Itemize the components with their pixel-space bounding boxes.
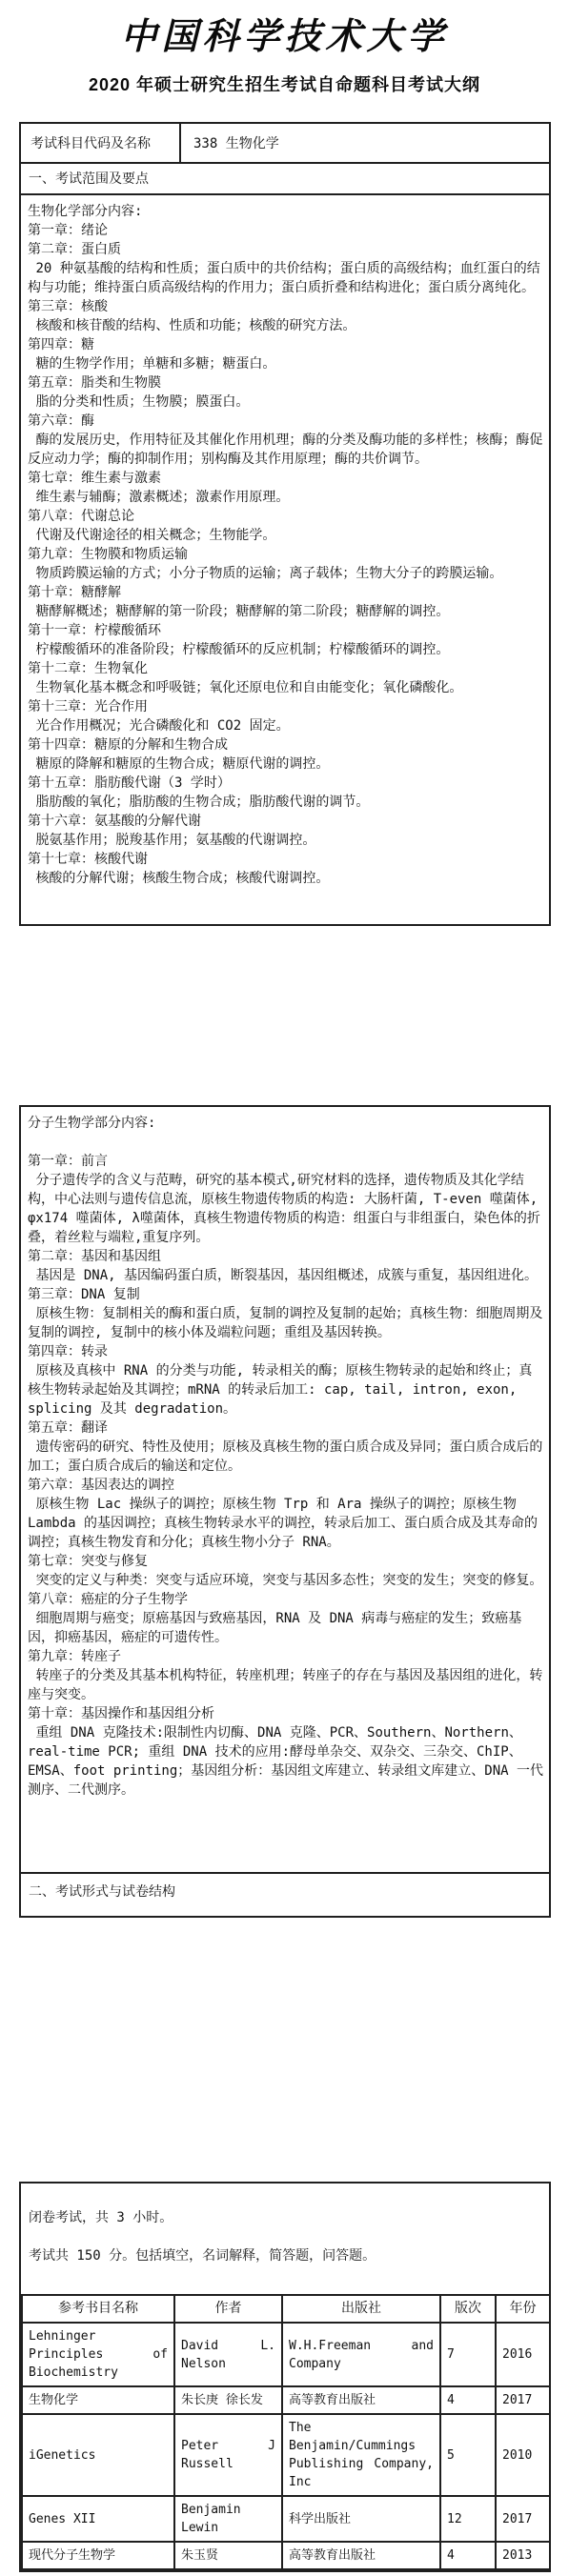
section-intro: 分子生物学部分内容: <box>28 1114 543 1133</box>
chapter-desc: 糖的生物学作用；单糖和多糖；糖蛋白。 <box>28 354 543 373</box>
university-logo: 中国科学技术大学 <box>0 11 569 61</box>
reference-header-row: 参考书目名称 作者 出版社 版次 年份 <box>22 2295 550 2323</box>
chapter-desc: 酶的发展历史，作用特征及其催化作用机理；酶的分类及酶功能的多样性；核酶；酶促反应… <box>28 431 543 469</box>
chapter-heading: 第十六章：氨基酸的分解代谢 <box>28 812 543 831</box>
chapter-desc: 原核生物：复制相关的酶和蛋白质，复制的调控及复制的起始；真核生物：细胞周期及复制… <box>28 1304 543 1342</box>
ref-header-year: 年份 <box>496 2295 550 2323</box>
ref-header-publisher: 出版社 <box>282 2295 440 2323</box>
ref-edition-cell: 5 <box>440 2414 496 2496</box>
section-heading-scope: 一、考试范围及要点 <box>21 164 549 195</box>
chapter-desc: 核酸和核苷酸的结构、性质和功能；核酸的研究方法。 <box>28 316 543 335</box>
reference-table-body: Lehninger Principles of BiochemistryDavi… <box>22 2323 550 2569</box>
subject-code-value: 338 生物化学 <box>181 124 549 162</box>
ref-edition-cell: 4 <box>440 2386 496 2414</box>
chapter-desc: 重组 DNA 克隆技术:限制性内切酶、DNA 克隆、PCR、Southern、N… <box>28 1723 543 1800</box>
ref-year-cell: 2010 <box>496 2414 550 2496</box>
ref-author-cell: Benjamin Lewin <box>174 2496 282 2542</box>
blank-line <box>28 1133 543 1152</box>
reference-row: Genes XIIBenjamin Lewin科学出版社122017 <box>22 2496 550 2542</box>
ref-title-cell: 生物化学 <box>22 2386 174 2414</box>
chapter-heading: 第四章：糖 <box>28 335 543 354</box>
exam-format-table: 闭卷考试，共 3 小时。 考试共 150 分。包括填空，名词解释，简答题，问答题… <box>19 2182 551 2572</box>
ref-publisher-cell: 高等教育出版社 <box>282 2386 440 2414</box>
chapter-desc: 遗传密码的研究、特性及使用；原核及真核生物的蛋白质合成及异同；蛋白质合成后的加工… <box>28 1438 543 1476</box>
ref-author-cell: 朱玉贤 <box>174 2542 282 2569</box>
ref-header-edition: 版次 <box>440 2295 496 2323</box>
chapter-heading: 第一章：前言 <box>28 1152 543 1171</box>
exam-format-area: 闭卷考试，共 3 小时。 考试共 150 分。包括填空，名词解释，简答题，问答题… <box>21 2184 549 2265</box>
chapter-desc: 物质跨膜运输的方式；小分子物质的运输；离子载体；生物大分子的跨膜运输。 <box>28 564 543 583</box>
ref-year-cell: 2017 <box>496 2386 550 2414</box>
chapter-desc: 核酸的分解代谢；核酸生物合成；核酸代谢调控。 <box>28 869 543 888</box>
ref-title-cell: Genes XII <box>22 2496 174 2542</box>
section-heading-format: 二、考试形式与试卷结构 <box>21 1872 549 1916</box>
subject-row: 考试科目代码及名称 338 生物化学 <box>21 124 549 164</box>
chapter-desc: 脂的分类和性质；生物膜；膜蛋白。 <box>28 392 543 412</box>
chapter-desc: 柠檬酸循环的准备阶段；柠檬酸循环的反应机制；柠檬酸循环的调控。 <box>28 640 543 659</box>
chapter-desc: 20 种氨基酸的结构和性质；蛋白质中的共价结构；蛋白质的高级结构；血红蛋白的结构… <box>28 259 543 297</box>
chapter-heading: 第六章：酶 <box>28 412 543 431</box>
biochemistry-content: 生物化学部分内容:第一章：绪论第二章：蛋白质 20 种氨基酸的结构和性质；蛋白质… <box>21 195 549 924</box>
ref-title-cell: Lehninger Principles of Biochemistry <box>22 2323 174 2386</box>
section-intro: 生物化学部分内容: <box>28 202 543 221</box>
syllabus-page: 中国科学技术大学 2020 年硕士研究生招生考试自命题科目考试大纲 考试科目代码… <box>0 0 569 2576</box>
ref-year-cell: 2016 <box>496 2323 550 2386</box>
chapter-heading: 第十三章：光合作用 <box>28 697 543 716</box>
reference-row: 现代分子生物学朱玉贤高等教育出版社42013 <box>22 2542 550 2569</box>
chapter-desc: 突变的定义与种类：突变与适应环境，突变与基因多态性；突变的发生；突变的修复。 <box>28 1571 543 1590</box>
chapter-desc: 脂肪酸的氧化；脂肪酸的生物合成；脂肪酸代谢的调节。 <box>28 793 543 812</box>
chapter-desc: 细胞周期与癌变；原癌基因与致癌基因，RNA 及 DNA 病毒与癌症的发生；致癌基… <box>28 1609 543 1647</box>
chapter-heading: 第八章：代谢总论 <box>28 507 543 526</box>
ref-publisher-cell: 科学出版社 <box>282 2496 440 2542</box>
chapter-desc: 转座子的分类及其基本机构特征，转座机理；转座子的存在与基因及基因组的进化，转座与… <box>28 1666 543 1704</box>
chapter-heading: 第十七章：核酸代谢 <box>28 850 543 869</box>
exam-duration-text: 闭卷考试，共 3 小时。 <box>29 2208 541 2227</box>
ref-edition-cell: 4 <box>440 2542 496 2569</box>
ref-publisher-cell: 高等教育出版社 <box>282 2542 440 2569</box>
chapter-desc: 原核生物 Lac 操纵子的调控；原核生物 Trp 和 Ara 操纵子的调控；原核… <box>28 1495 543 1552</box>
chapter-heading: 第一章：绪论 <box>28 221 543 240</box>
chapter-heading: 第十一章：柠檬酸循环 <box>28 621 543 640</box>
chapter-desc: 维生素与辅酶；激素概述；激素作用原理。 <box>28 488 543 507</box>
chapter-heading: 第二章：基因和基因组 <box>28 1247 543 1266</box>
ref-author-cell: Peter J Russell <box>174 2414 282 2496</box>
ref-publisher-cell: The Benjamin/Cummings Publishing Company… <box>282 2414 440 2496</box>
chapter-heading: 第十四章：糖原的分解和生物合成 <box>28 735 543 755</box>
reference-row: 生物化学朱长庚 徐长发高等教育出版社42017 <box>22 2386 550 2414</box>
chapter-heading: 第十章：基因操作和基因组分析 <box>28 1704 543 1723</box>
ref-author-cell: 朱长庚 徐长发 <box>174 2386 282 2414</box>
molecular-biology-table: 分子生物学部分内容:第一章：前言 分子遗传学的含义与范畴，研究的基本模式,研究材… <box>19 1105 551 1918</box>
chapter-desc: 糖酵解概述；糖酵解的第一阶段；糖酵解的第二阶段；糖酵解的调控。 <box>28 602 543 621</box>
ref-title-cell: iGenetics <box>22 2414 174 2496</box>
ref-year-cell: 2013 <box>496 2542 550 2569</box>
ref-header-author: 作者 <box>174 2295 282 2323</box>
chapter-heading: 第十五章：脂肪酸代谢（3 学时） <box>28 774 543 793</box>
chapter-desc: 代谢及代谢途径的相关概念；生物能学。 <box>28 526 543 545</box>
chapter-heading: 第四章：转录 <box>28 1342 543 1361</box>
page-title: 2020 年硕士研究生招生考试自命题科目考试大纲 <box>0 72 569 97</box>
chapter-heading: 第十二章：生物氧化 <box>28 659 543 678</box>
chapter-desc: 脱氨基作用；脱羧基作用；氨基酸的代谢调控。 <box>28 831 543 850</box>
chapter-heading: 第七章：突变与修复 <box>28 1552 543 1571</box>
chapter-heading: 第二章：蛋白质 <box>28 240 543 259</box>
chapter-desc: 光合作用概况；光合磷酸化和 CO2 固定。 <box>28 716 543 735</box>
exam-composition-text: 考试共 150 分。包括填空，名词解释，简答题，问答题。 <box>29 2246 541 2265</box>
ref-publisher-cell: W.H.Freeman and Company <box>282 2323 440 2386</box>
ref-author-cell: David L. Nelson <box>174 2323 282 2386</box>
chapter-heading: 第九章：转座子 <box>28 1647 543 1666</box>
chapter-desc: 原核及真核中 RNA 的分类与功能, 转录相关的酶；原核生物转录的起始和终止；真… <box>28 1361 543 1419</box>
reference-row: Lehninger Principles of BiochemistryDavi… <box>22 2323 550 2386</box>
ref-edition-cell: 7 <box>440 2323 496 2386</box>
scope-table: 考试科目代码及名称 338 生物化学 一、考试范围及要点 生物化学部分内容:第一… <box>19 122 551 926</box>
chapter-heading: 第十章：糖酵解 <box>28 583 543 602</box>
chapter-desc: 基因是 DNA, 基因编码蛋白质，断裂基因，基因组概述，成簇与重复，基因组进化。 <box>28 1266 543 1285</box>
chapter-heading: 第九章：生物膜和物质运输 <box>28 545 543 564</box>
chapter-desc: 分子遗传学的含义与范畴，研究的基本模式,研究材料的选择，遗传物质及其化学结构，中… <box>28 1171 543 1247</box>
chapter-heading: 第三章：核酸 <box>28 297 543 316</box>
subject-code-label: 考试科目代码及名称 <box>21 124 181 162</box>
chapter-heading: 第八章：癌症的分子生物学 <box>28 1590 543 1609</box>
chapter-heading: 第三章：DNA 复制 <box>28 1285 543 1304</box>
reference-table: 参考书目名称 作者 出版社 版次 年份 Lehninger Principles… <box>21 2294 551 2570</box>
chapter-heading: 第五章：脂类和生物膜 <box>28 373 543 392</box>
chapter-heading: 第六章：基因表达的调控 <box>28 1476 543 1495</box>
ref-header-title: 参考书目名称 <box>22 2295 174 2323</box>
chapter-desc: 生物氧化基本概念和呼吸链；氧化还原电位和自由能变化；氧化磷酸化。 <box>28 678 543 697</box>
chapter-heading: 第五章：翻译 <box>28 1419 543 1438</box>
ref-edition-cell: 12 <box>440 2496 496 2542</box>
ref-year-cell: 2017 <box>496 2496 550 2542</box>
molecular-biology-content: 分子生物学部分内容:第一章：前言 分子遗传学的含义与范畴，研究的基本模式,研究材… <box>21 1107 549 1872</box>
reference-row: iGeneticsPeter J RussellThe Benjamin/Cum… <box>22 2414 550 2496</box>
chapter-heading: 第七章：维生素与激素 <box>28 469 543 488</box>
chapter-desc: 糖原的降解和糖原的生物合成；糖原代谢的调控。 <box>28 755 543 774</box>
ref-title-cell: 现代分子生物学 <box>22 2542 174 2569</box>
